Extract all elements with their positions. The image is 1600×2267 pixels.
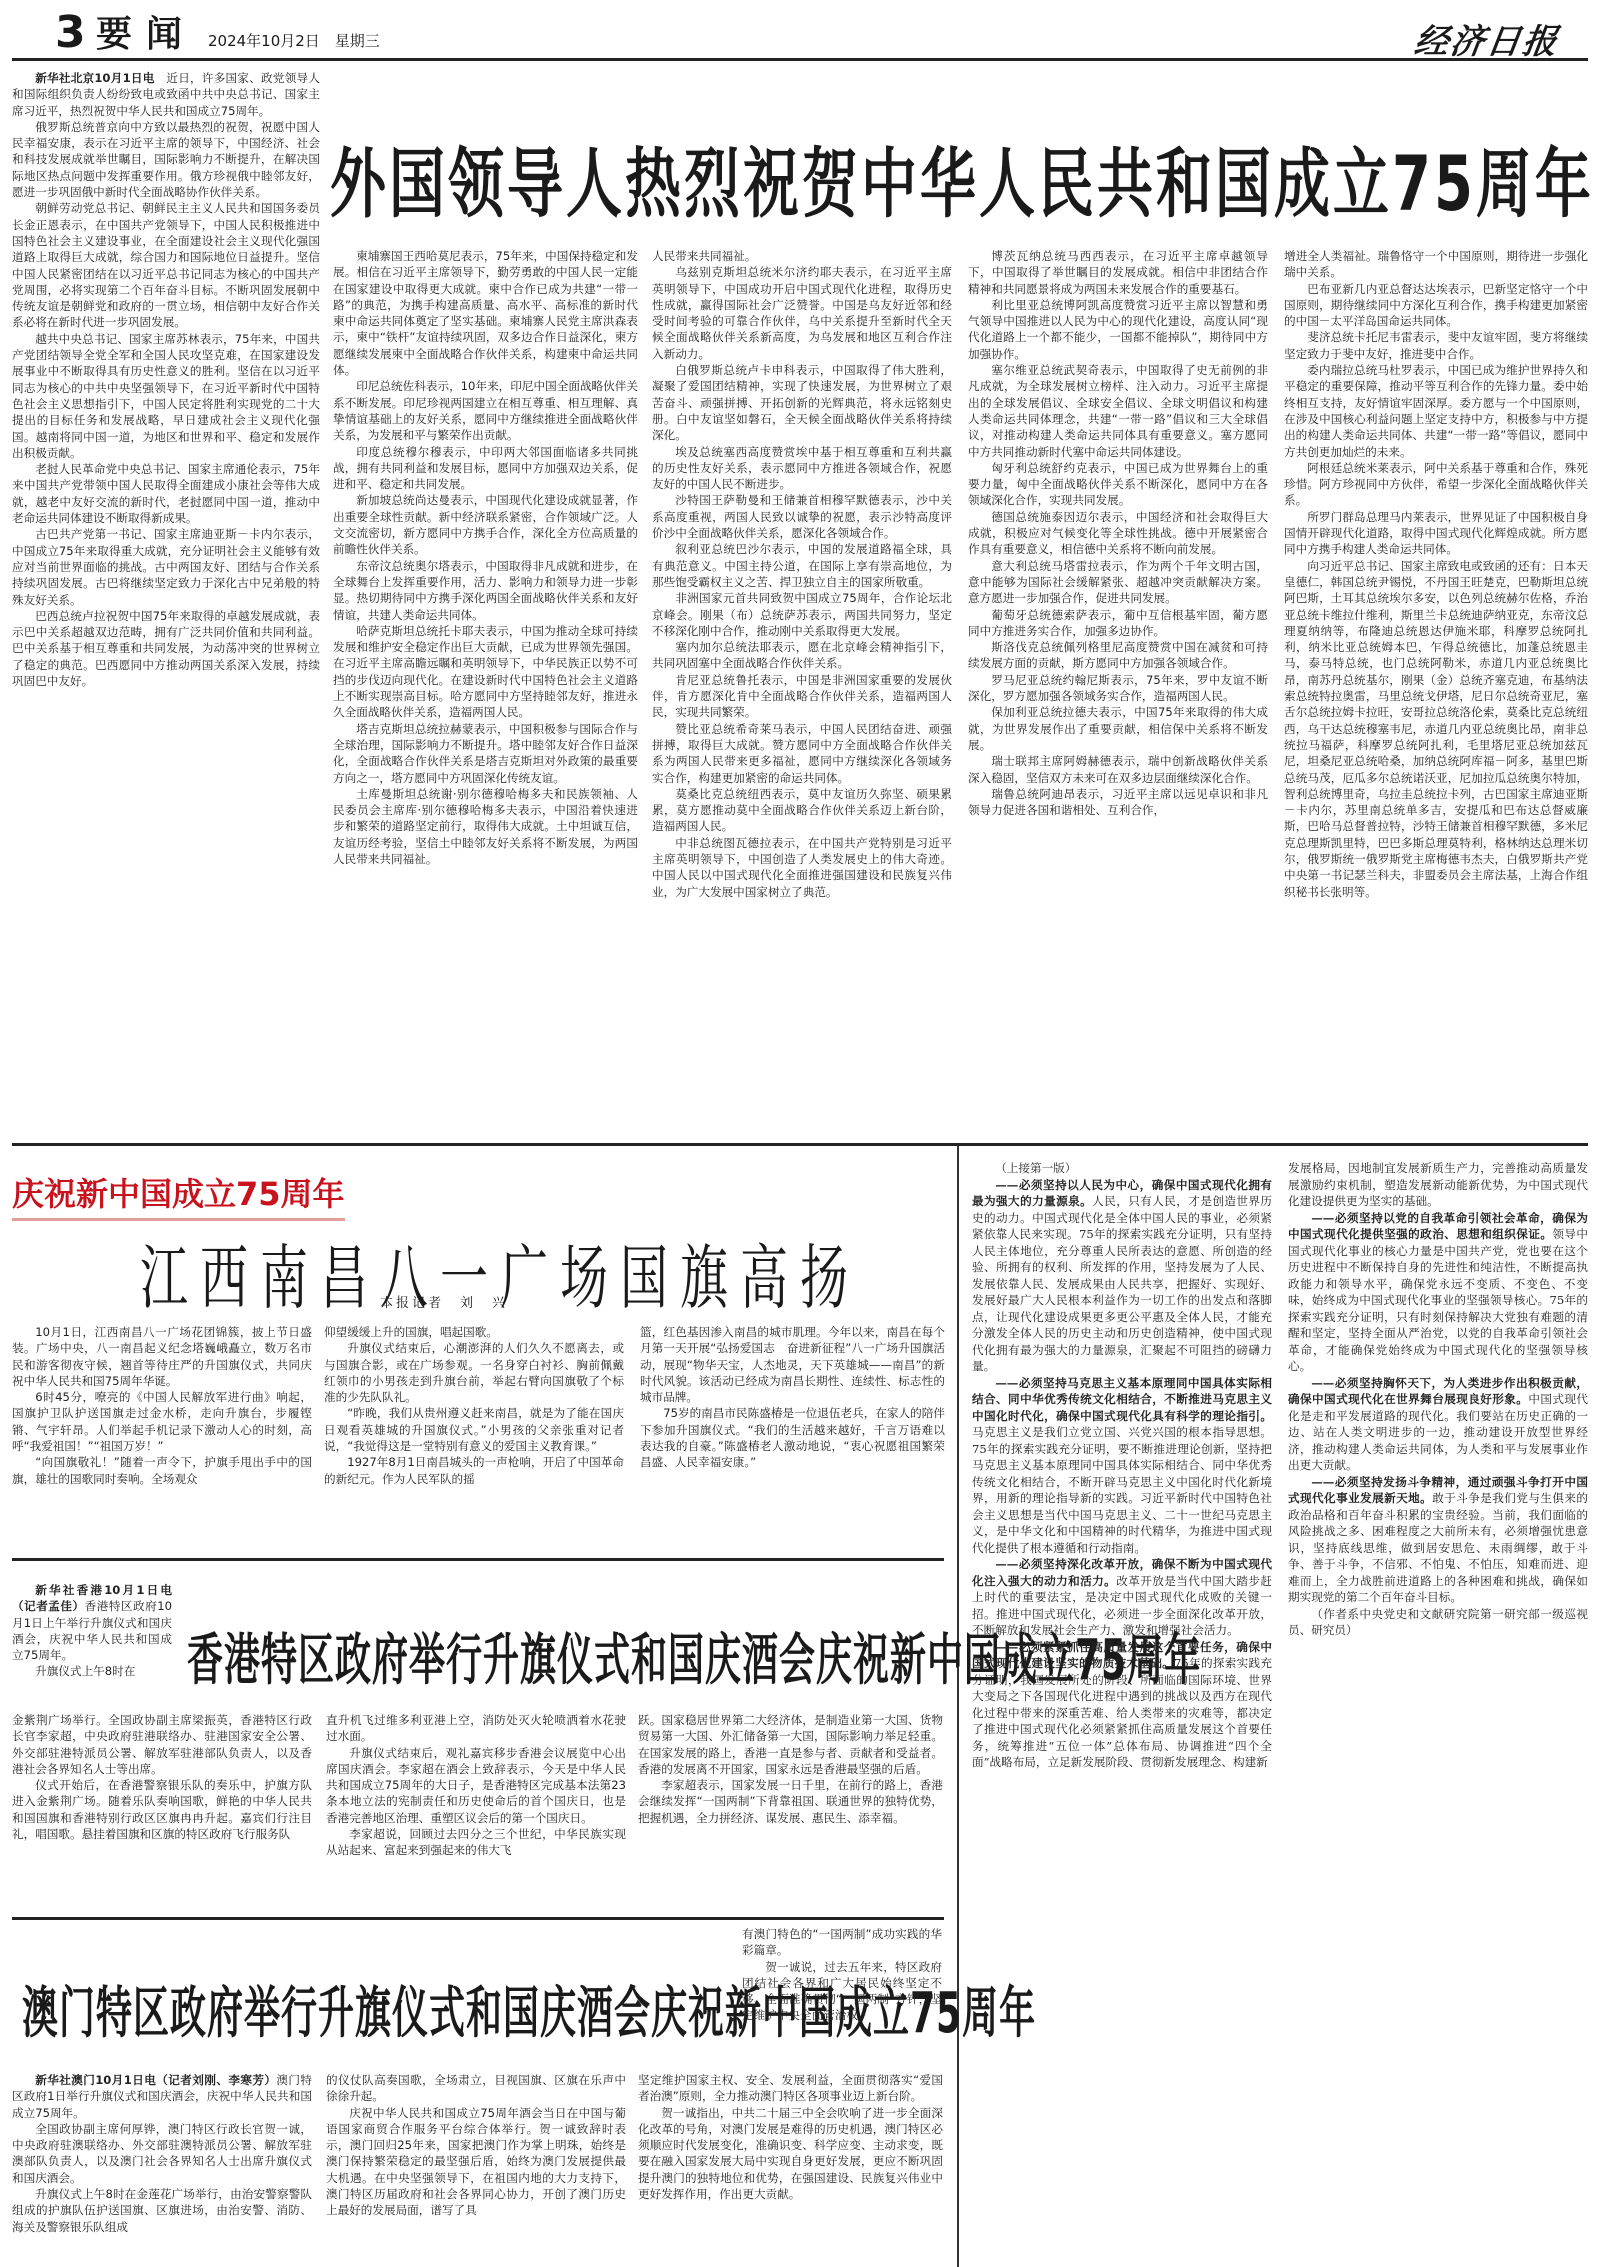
- paragraph: 俄罗斯总统普京向中方致以最热烈的祝贺，祝愿中国人民幸福安康，表示在习近平主席的领…: [12, 119, 320, 200]
- section-divider: [12, 1143, 1588, 1146]
- author-note: （作者系中央党史和文献研究院第一研究部一级巡视员、研究员）: [1288, 1606, 1588, 1639]
- commentary-column-1: （上接第一版） ——必须坚持以人民为中心，确保中国式现代化拥有最为强大的力量源泉…: [972, 1160, 1272, 2260]
- macao-side-text: 有澳门特色的“一国两制”成功实践的华彩篇章。 贺一诚说，过去五年来，特区政府团结…: [742, 1926, 942, 2066]
- page-number: 3: [55, 8, 86, 58]
- header-rule: [12, 58, 1588, 61]
- macao-column-1: 新华社澳门10月1日电（记者刘刚、李寒芳）澳门特区政府1日举行升旗仪式和国庆酒会…: [12, 2072, 312, 2267]
- jiangxi-column-1: 10月1日，江西南昌八一广场花团锦簇，披上节日盛装。广场中央，八一南昌起义纪念塔…: [12, 1324, 312, 1554]
- main-article-column-2: 柬埔寨国王西哈莫尼表示，75年来，中国保持稳定和发展。相信在习近平主席领导下，勤…: [333, 248, 638, 1108]
- newspaper-masthead: 经济日报: [1412, 14, 1563, 63]
- main-headline: 外国领导人热烈祝贺中华人民共和国成立75周年: [330, 145, 1570, 226]
- section-title: 要闻: [96, 10, 196, 58]
- macao-column-2: 的仪仗队高奏国歌，全场肃立，目视国旗、区旗在乐声中徐徐升起。 庆祝中华人民共和国…: [326, 2072, 626, 2267]
- vertical-divider: [957, 1146, 959, 2267]
- hongkong-lead: 新华社香港10月1日电（记者孟佳）香港特区政府10月1日上午举行升旗仪式和国庆酒…: [12, 1582, 172, 1712]
- section-divider: [12, 1917, 944, 1920]
- commentary-column-2: 发展格局，因地制宜发展新质生产力，完善推动高质量发展激励约束机制，塑造发展新动能…: [1288, 1160, 1588, 2260]
- dateline: 新华社北京10月1日电: [35, 71, 154, 85]
- paragraph: 朝鲜劳动党总书记、朝鲜民主主义人民共和国国务委员长金正恩表示，在中国共产党领导下…: [12, 200, 320, 330]
- hongkong-column-1: 金紫荆广场举行。全国政协副主席梁振英，香港特区行政长官李家超，中央政府驻港联络办…: [12, 1712, 312, 1912]
- jiangxi-column-2: 仰望缓缓上升的国旗，唱起国歌。 升旗仪式结束后，心潮澎湃的人们久久不愿离去，或与…: [324, 1324, 624, 1554]
- section-divider: [12, 1558, 944, 1561]
- issue-date: 2024年10月2日 星期三: [208, 30, 380, 51]
- paragraph: 越共中央总书记、国家主席苏林表示，75年来，中国共产党团结领导全党全军和全国人民…: [12, 331, 320, 461]
- jiangxi-column-3: 篮，红色基因渗入南昌的城市肌理。今年以来，南昌在每个月第一天开展“弘扬爱国志 奋…: [640, 1324, 945, 1554]
- byline: 本报记者 刘 兴: [380, 1292, 508, 1311]
- dateline: 新华社澳门10月1日电（记者刘刚、李寒芳）: [35, 2073, 276, 2087]
- main-article-column-5: 增进全人类福祉。瑞鲁恪守一个中国原则，期待进一步强化瑞中关系。 巴布亚新几内亚总…: [1284, 248, 1588, 1108]
- paragraph: 古巴共产党第一书记、国家主席迪亚斯－卡内尔表示，中国成立75年来取得重大成就，充…: [12, 526, 320, 607]
- macao-column-3: 坚定维护国家主权、安全、发展利益，全面贯彻落实“爱国者治澳”原则，全力推动澳门特…: [638, 2072, 943, 2267]
- main-article-column-3: 人民带来共同福祉。 乌兹别克斯坦总统米尔济约耶夫表示，在习近平主席英明领导下，中…: [652, 248, 952, 1108]
- hongkong-column-2: 直升机飞过维多利亚港上空，消防处灭火轮喷洒着水花驶过水面。 升旗仪式结束后，观礼…: [326, 1712, 626, 1912]
- continued-note: （上接第一版）: [972, 1160, 1272, 1177]
- special-kicker-label: 庆祝新中国成立75周年: [12, 1172, 345, 1221]
- main-article-column-1: 新华社北京10月1日电 近日，许多国家、政党领导人和国际组织负责人纷纷致电或致函…: [12, 70, 320, 1110]
- paragraph: 老挝人民革命党中央总书记、国家主席通伦表示，75年来中国共产党带领中国人民取得全…: [12, 461, 320, 526]
- main-article-column-4: 博茨瓦纳总统马西西表示，在习近平主席卓越领导下，中国取得了举世瞩目的发展成就。相…: [968, 248, 1268, 1108]
- paragraph: 巴西总统卢拉祝贺中国75年来取得的卓越发展成就，表示巴中关系超越双边范畴，拥有广…: [12, 608, 320, 689]
- hongkong-column-3: 跃。国家稳居世界第二大经济体，是制造业第一大国、货物贸易第一大国、外汇储备第一大…: [638, 1712, 943, 1912]
